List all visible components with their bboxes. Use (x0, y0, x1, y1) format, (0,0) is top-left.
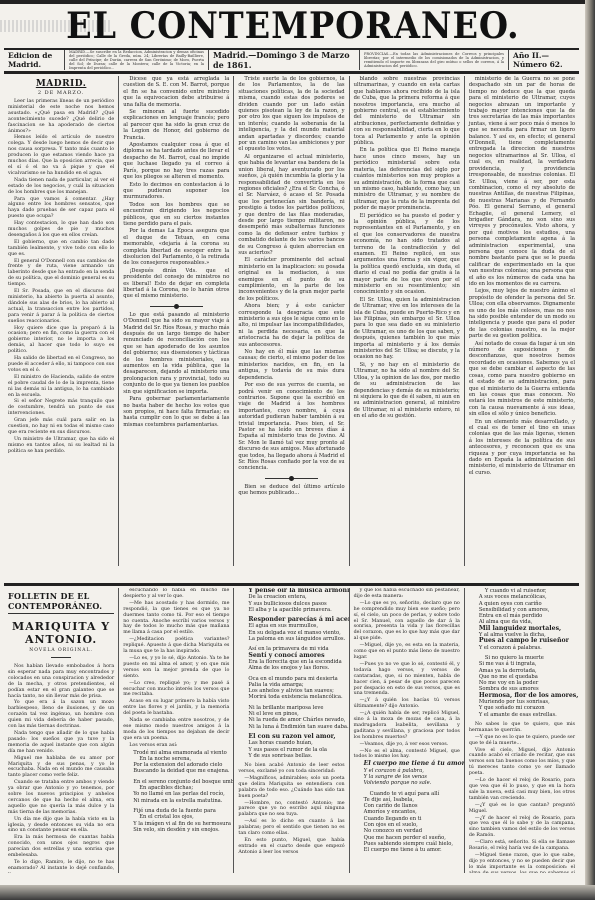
feuilleton-column-3: Y pensé oír la música armonía De la crea… (234, 588, 349, 873)
paragraph: Se minoran al fuerte sucedido explicacio… (123, 109, 229, 141)
paragraph: Ahora bien; y á este carácter correspond… (238, 303, 344, 348)
paragraph: Leer las primeras líneas de un periódico… (8, 99, 114, 134)
paragraph: No hay en él más que las mismas causas; … (238, 349, 344, 381)
paragraph: Triste suerte la de los gobiernos, la de… (238, 76, 344, 153)
paragraph: —Lo de hacer el reloj de Rosario, para q… (469, 778, 575, 802)
paragraph: Te lo digo, Ramiro, le dijo, no te has e… (8, 860, 114, 873)
verse-line: La paloma en sus lánguidos arrullos. (248, 636, 344, 642)
news-column-2: Dícese que ya está arreglada la cuestion… (119, 76, 234, 566)
verse-stanza: Y pensé oír la música armonía De la crea… (238, 588, 344, 613)
paragraph: Un ministro de Ultramar, que ha sido el … (8, 437, 114, 455)
paragraph: Si el señor Negrete más tranquilo que de… (8, 399, 114, 417)
paragraph: Lo que está pasando al ministerio O'Donn… (123, 312, 229, 395)
paragraph: Nos habían llevado embobados á hora sin … (8, 664, 114, 699)
verse-line: El cuerpo me tiene á tu amor (364, 761, 460, 767)
paragraph: Así notado de cosas da lugar á un sin nú… (469, 341, 575, 418)
paragraph: Nada se cambiaba entre nosotros, y de es… (123, 718, 229, 742)
paragraph: —No es el alma, contestó Miguel, que tod… (354, 749, 460, 761)
verse-stanza: Ni la brillante mariposa leve Ni el leve… (238, 705, 344, 730)
news-column-1: MADRID. 2 DE MARZO. Leer las primeras lí… (4, 76, 119, 566)
paragraph: Por eso de sus yerros de cuenta, se podr… (238, 382, 344, 472)
paragraph: —¿Y qué es lo que cantan? preguntó Migue… (469, 803, 575, 815)
edition-label: Edicion de Madrid. (4, 50, 65, 70)
paragraph: Al organizarse el actual ministerio, que… (238, 154, 344, 257)
paragraph: En esto punto, Miguel, que había entrado… (238, 838, 344, 856)
verse-line: Ni la luna á Endimión tan suave daba. (248, 724, 344, 730)
paragraph: Apostamos cualquier cosa á que el diplom… (123, 142, 229, 180)
verse-line: Y el corazon á palabras. (479, 645, 575, 651)
news-columns: MADRID. 2 DE MARZO. Leer las primeras lí… (4, 76, 579, 566)
verse-stanza: Así en la primavera de mi vida Sentí y c… (238, 646, 344, 671)
paragraph: Ha salido de libertad en el Congreso, no… (8, 356, 114, 374)
paragraph: ¡Después dirán Vds. que el presidente de… (123, 268, 229, 300)
paragraph: —Y que no es lo que te quiero, puede ser… (469, 735, 575, 747)
paragraph: escuchando lo había en mucho me despiert… (123, 588, 229, 600)
paragraph: Esto lo decimos en contestacion á lo que… (123, 182, 229, 201)
short-divider (51, 657, 71, 658)
paragraph: —Miguel, dije yo, es esta en la materia,… (354, 643, 460, 661)
scan-edge-bottom (0, 885, 595, 900)
paragraph: ministerio de la Guerra no se pone despa… (469, 76, 575, 287)
paragraph: En un elemento más desarrollado, y el cu… (469, 419, 575, 477)
paragraph: El Sr. Ulloa, quien la administracion de… (354, 297, 460, 361)
paragraph: —Hombre, no, contestó Antonio; me parece… (238, 801, 344, 819)
news-column-3: Triste suerte la de los gobiernos, la de… (234, 76, 349, 566)
ornamental-divider (238, 476, 344, 480)
feuilleton-column-1: FOLLETIN DE EL CONTEMPORÁNEO. MARIQUITA … (4, 588, 119, 873)
paragraph: Bien se deduce del último artículo que h… (238, 484, 344, 497)
paragraph: El Sr. Posada, que en el discurso del mi… (8, 289, 114, 324)
verse-line: El alba y la apacible primavera. (248, 607, 344, 613)
verse-line: Ni mirada en la estrella matutina. (133, 798, 229, 804)
verse-line: Volviendo porque no sale. (364, 780, 460, 786)
paragraph: En la política que El Reino maneja hace … (354, 147, 460, 211)
paragraph: Los versos eran así: (123, 743, 229, 749)
verse-line: Sin velo, sin desdén y sin enojos. (133, 827, 229, 833)
feuilleton-rule (4, 583, 579, 586)
paragraph: Hay contestacion, lo que han dado son mu… (8, 221, 114, 239)
issue-date: Madrid.—Domingo 3 de Marzo de 1861. (209, 50, 360, 70)
verse-line: Y el amante de esas estrellas. (479, 712, 575, 718)
section-date: 2 DE MARZO. (8, 90, 114, 96)
news-column-4: blando sobre nuestras provincias ultrama… (350, 76, 465, 566)
paragraph: El gobierno, que en cambio tan dado tamb… (8, 240, 114, 258)
verse-stanza: Oca en el mundo para mi desierta Palia l… (238, 676, 344, 701)
novel-title: MARIQUITA Y ANTONIO. (8, 620, 114, 646)
paragraph: —Magníficos, admirables; solo un poeta q… (238, 776, 344, 800)
paragraph: Dícese que ya está arreglada la cuestion… (123, 76, 229, 108)
paragraph: Nada tienen nada de particular, al ver e… (8, 178, 114, 196)
paragraph: Hemos leído el artículo de nuestro coleg… (8, 135, 114, 176)
verse-line: Alma de los enojos y las flores. (248, 665, 344, 671)
paragraph: —Claro está, señorito. Si ella se llamas… (469, 840, 575, 852)
paragraph: —¿Y de hacer el reloj de Rosario, para q… (469, 816, 575, 840)
section-heading-madrid: MADRID. (8, 79, 114, 89)
top-border (0, 0, 585, 4)
paragraph: —Veamos, dije yo, á ver esos versos. (354, 742, 460, 748)
verse-line: Trodé mi alma enamorada al viento (133, 750, 229, 756)
paragraph: Un día me dijo que la había visto en la … (8, 817, 114, 835)
paragraph: —Me has acostado y has dormido, me respo… (123, 601, 229, 636)
verse-stanza: Fijé una duda de la fuente para En el cr… (123, 808, 229, 833)
paragraph: —Pues yo no ve que lo sé, contestó él, y… (354, 662, 460, 697)
infobar-rule (4, 71, 579, 74)
newspaper-page: EL CONTEMPORANEO. Edicion de Madrid. MAD… (0, 0, 585, 885)
verse-line: Buscando la deidad que me enajena. (133, 768, 229, 774)
news-column-5: ministerio de la Guerra no se pone despa… (465, 76, 579, 566)
paragraph: Lejos, muy lejos de nuestro ánimo el pro… (469, 288, 575, 339)
verse-stanza: En el sereno conjunto del bosque umbrío … (123, 779, 229, 804)
paragraph: —Lo que es yo, señorito, declaro que no … (354, 601, 460, 642)
verse-line: El cuerpo me tiene á tu amor. (364, 847, 460, 853)
verse-line: Que me hacen perder el sueño, (364, 835, 460, 841)
paragraph: Acaso en su lugar primero la había visto… (123, 699, 229, 717)
feuilleton-columns: FOLLETIN DE EL CONTEMPORÁNEO. MARIQUITA … (4, 588, 579, 873)
paragraph: Nada tengo que añadir de lo que había pa… (8, 731, 114, 755)
verse-line: Ni la rueda de amor Chárles nevado, (248, 717, 344, 723)
paragraph: Miguel me hablaba de su amor por Mariqui… (8, 756, 114, 780)
feuilleton-column-5: Y cuando vi al ruiseñor, A sus voces mel… (465, 588, 579, 873)
verse-line: Pues al campo le ruiseñor (479, 638, 575, 644)
paragraph: El ministro de Hacienda, salido de entre… (8, 375, 114, 399)
verse-line: Morirá toda existencia melancólica. (248, 694, 344, 700)
subscription-provinces: PROVINCIAS.—En todas las Administracione… (360, 50, 509, 70)
verse-stanza: Y cuando vi al ruiseñor, A sus voces mel… (469, 588, 575, 651)
paragraph: —¿Meditacion poética variantes? repliqué… (123, 637, 229, 655)
paragraph: Para que vamos á comentar. ¿Hay alguno e… (8, 197, 114, 221)
verse-stanza: Responder parecías á mi acento El agua e… (238, 617, 344, 642)
verse-line: Y la imágen vi al fin de su hermosura (133, 821, 229, 827)
verse-line: Oca en el mundo para mi desierta (248, 676, 344, 682)
paragraph: —¿A quién había de ser, replicó Miguel, … (354, 711, 460, 741)
paragraph: El periódico se ha puesto el poder y la … (354, 213, 460, 296)
paragraph: —Lo es, y yo lo sé, dijo Antonio. Ya te … (123, 656, 229, 680)
verse-line: Y de sus sonrisas bellas. (248, 753, 344, 759)
paragraph: —Miguel tiene razon, que lo que sabe, di… (469, 853, 575, 873)
feuilleton-column-2: escuchando lo había en mucho me despiert… (119, 588, 234, 873)
paragraph: El general O'Donnell con sus cambios de … (8, 259, 114, 289)
paragraph: Yo que era á la sazon un mozo barbiespes… (8, 700, 114, 730)
scan-edge-right (585, 0, 595, 900)
paragraph: El carácter prominente del actual minist… (238, 257, 344, 302)
paragraph: No bien acabó Antonio de leer estos vers… (238, 763, 344, 775)
ornamental-divider (123, 304, 229, 308)
paragraph: Por la demas La Época asegura que el duq… (123, 228, 229, 266)
paragraph: y que los había escuchado sin pestañear,… (354, 588, 460, 600)
feuilleton-heading: FOLLETIN DE EL CONTEMPORÁNEO. (8, 588, 114, 614)
paragraph: Para gobernar parlamentariamente no bast… (123, 396, 229, 428)
paragraph: —Así es lo dicho en cuanto á las palabra… (238, 819, 344, 837)
verse-stanza: El cuerpo me tiene á tu amor Y el corazo… (354, 761, 460, 786)
verse-stanza: Trodé mi alma enamorada al viento En la … (123, 750, 229, 775)
paragraph: Cuando se trataba entre ambos y viendo y… (8, 780, 114, 815)
issue-number: Año II.—Número 62. (509, 50, 579, 70)
verse-stanza: Si no quiero la muerte Si me vas á ti in… (469, 655, 575, 718)
paragraph: Vive el cielo, Miguel, dijo Antonio cuan… (469, 748, 575, 778)
newspaper-title: EL CONTEMPORANEO. (66, 6, 520, 46)
paragraph: Era la más hermosa de cuantas había cono… (8, 835, 114, 859)
paragraph: No sabes lo que te quiero, que mis herma… (469, 722, 575, 734)
masthead: EL CONTEMPORANEO. (0, 6, 585, 46)
subscription-madrid: MADRID.—Se suscribe en la Redaccion, Adm… (65, 50, 209, 70)
feuilleton-column-4: y que los había escuchado sin pestañear,… (350, 588, 465, 873)
paragraph: —¿Y á quién los hacías tú versos últimam… (354, 698, 460, 710)
novel-subtitle: NOVELA ORIGINAL. (8, 648, 114, 653)
verse-line: Yo no llamé en las perlas del rocío, (133, 791, 229, 797)
paragraph: Gran jefe más cuál para salir en la cues… (8, 418, 114, 436)
paragraph: blando sobre nuestras provincias ultrama… (354, 76, 460, 146)
verse-stanza: El con su razon vel amor, Las horas cuan… (238, 734, 344, 759)
paragraph: Hoy quiere dice que la preparó á la ocas… (8, 326, 114, 356)
paragraph: Si, y no hay en el ministerio de Ultrama… (354, 362, 460, 420)
verse-stanza: Cuando te vi aquí para allí Te dije así,… (354, 791, 460, 854)
paragraph: —Lo creo, repliqué yo; y me pasé á escuc… (123, 681, 229, 699)
paragraph: Todos son los hombres que se encuentran … (123, 202, 229, 228)
info-bar: Edicion de Madrid. MADRID.—Se suscribe e… (4, 50, 579, 70)
